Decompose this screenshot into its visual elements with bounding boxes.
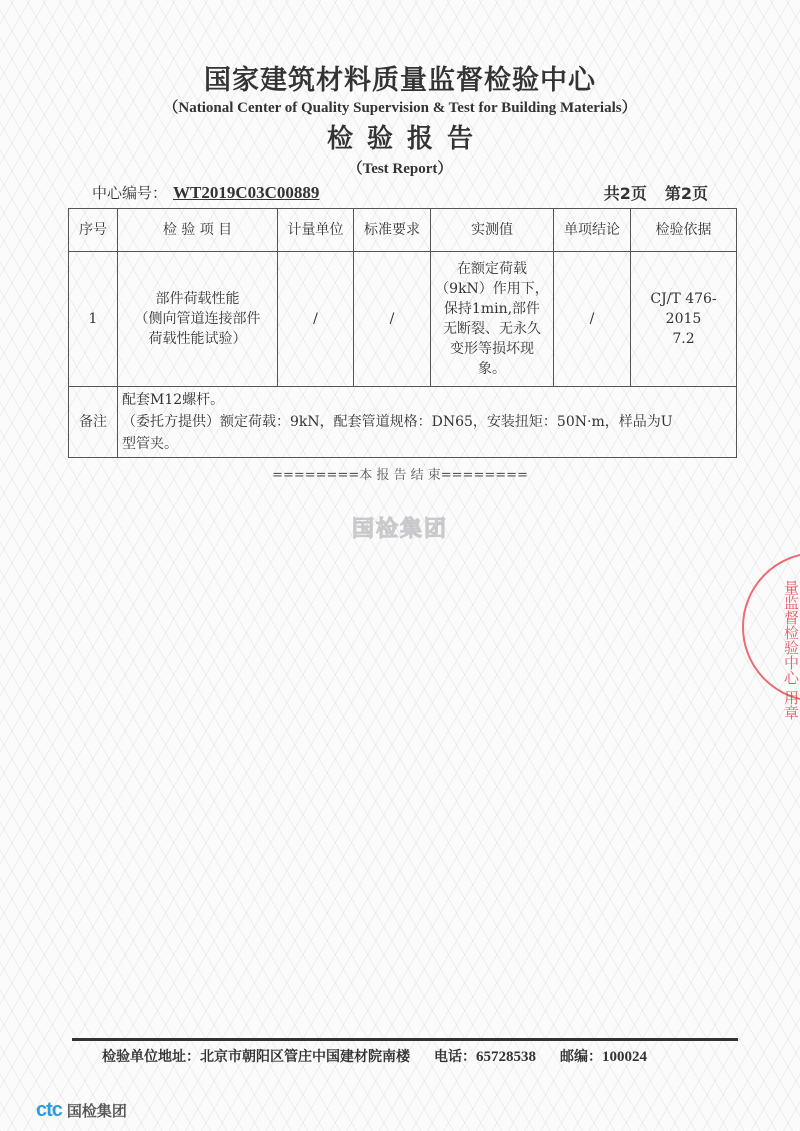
table-header-row: 序号 检 验 项 目 计量单位 标准要求 实测值 单项结论 检验依据 xyxy=(69,209,737,252)
cell-item: 部件荷载性能 （侧向管道连接部件 荷载性能试验） xyxy=(118,252,278,387)
current-page: 第2页 xyxy=(665,184,708,203)
cell-unit: / xyxy=(278,252,354,387)
postcode-label: 邮编： xyxy=(560,1049,602,1065)
header-no: 序号 xyxy=(69,209,118,252)
total-pages: 共2页 xyxy=(604,184,647,203)
page-indicator: 共2页第2页 xyxy=(604,181,708,204)
ctc-logo-text: 国检集团 xyxy=(67,1100,127,1121)
seal-text: 量监督检验中心 用章 xyxy=(762,580,800,720)
cell-no: 1 xyxy=(69,252,118,387)
cell-conclusion: / xyxy=(554,252,631,387)
phone-value: 65728538 xyxy=(476,1049,536,1065)
ctc-logo: ctc 国检集团 xyxy=(36,1099,127,1122)
header-conclusion: 单项结论 xyxy=(554,209,631,252)
phone-label: 电话： xyxy=(434,1049,476,1065)
test-results-table: 序号 检 验 项 目 计量单位 标准要求 实测值 单项结论 检验依据 1 部件荷… xyxy=(68,208,737,458)
center-number-value: WT2019C03C00889 xyxy=(173,183,319,202)
header-requirement: 标准要求 xyxy=(354,209,431,252)
report-title-en: （Test Report） xyxy=(0,157,800,178)
table-row: 1 部件荷载性能 （侧向管道连接部件 荷载性能试验） / / 在额定荷载 （9k… xyxy=(69,252,737,387)
center-title-cn: 国家建筑材料质量监督检验中心 xyxy=(0,58,800,97)
remarks-row: 备注 配套M12螺杆。 （委托方提供）额定荷载：9kN，配套管道规格：DN65，… xyxy=(69,387,737,458)
footer-divider xyxy=(72,1038,738,1041)
header-item: 检 验 项 目 xyxy=(118,209,278,252)
ctc-logo-icon: ctc xyxy=(36,1099,62,1122)
center-number-label: 中心编号： xyxy=(92,184,167,202)
address-value: 北京市朝阳区管庄中国建材院南楼 xyxy=(200,1049,410,1065)
watermark-text: 国检集团 xyxy=(0,512,800,543)
postcode-value: 100024 xyxy=(602,1049,647,1065)
cell-basis: CJ/T 476-2015 7.2 xyxy=(631,252,737,387)
header-basis: 检验依据 xyxy=(631,209,737,252)
center-number: 中心编号：WT2019C03C00889 xyxy=(92,182,319,203)
cell-measured: 在额定荷载 （9kN）作用下， 保持1min,部件 无断裂、无永久 变形等损坏现… xyxy=(431,252,554,387)
remarks-text: 配套M12螺杆。 （委托方提供）额定荷载：9kN，配套管道规格：DN65，安装扭… xyxy=(118,387,737,458)
header-measured: 实测值 xyxy=(431,209,554,252)
header-unit: 计量单位 xyxy=(278,209,354,252)
address-label: 检验单位地址： xyxy=(102,1049,200,1065)
center-title-en: （National Center of Quality Supervision … xyxy=(0,96,800,117)
report-title-cn: 检验报告 xyxy=(0,118,800,155)
end-of-report-marker: ========本 报 告 结 束======== xyxy=(0,464,800,483)
remarks-label: 备注 xyxy=(69,387,118,458)
footer-contact: 检验单位地址：北京市朝阳区管庄中国建材院南楼电话：65728538邮编：1000… xyxy=(102,1046,647,1066)
cell-requirement: / xyxy=(354,252,431,387)
